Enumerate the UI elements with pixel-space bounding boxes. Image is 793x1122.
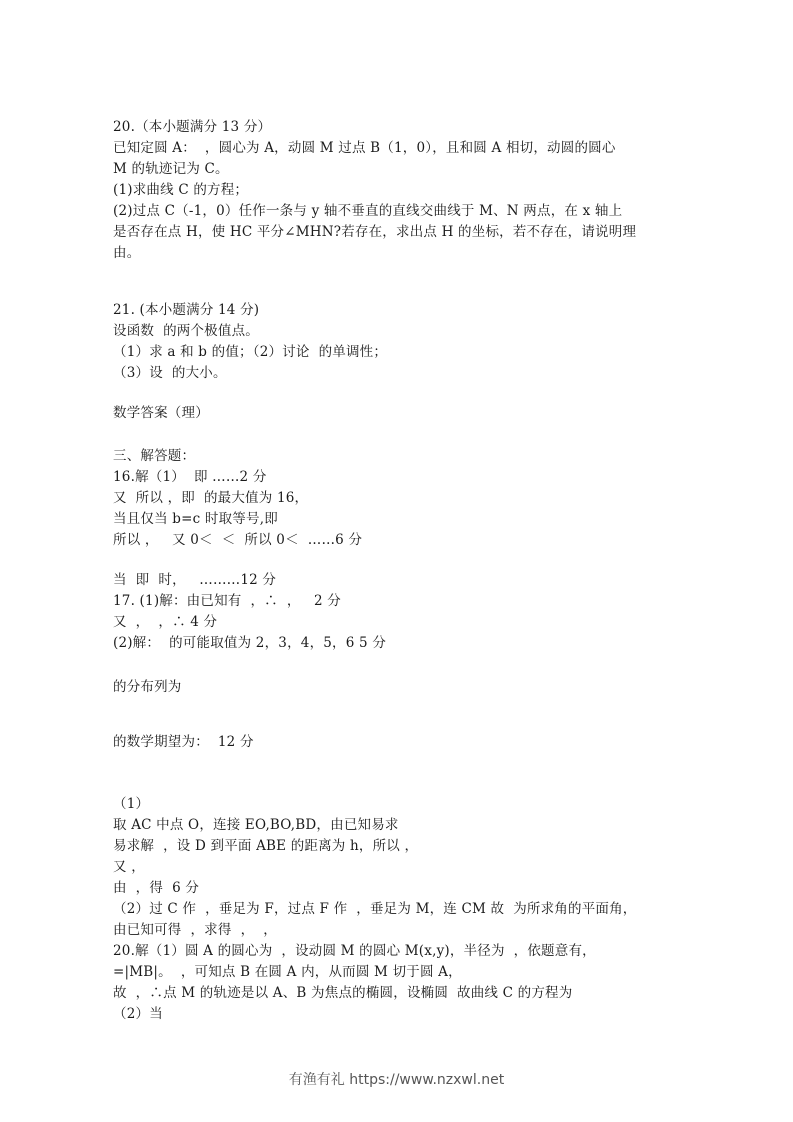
solution-17-expectation: 的数学期望为： 12 分 [113,732,254,752]
problem-20-part-2-line-1: (2)过点 C（-1，0）任作一条与 y 轴不垂直的直线交曲线于 M、N 两点，… [113,201,622,221]
solution-16-line-4: 所以 ， 又 0＜ ＜ 所以 0＜ ……6 分 [113,530,362,550]
solution-20-line-4: （2）当 [113,1004,163,1024]
solution-18-line-2: 易求解 ，设 D 到平面 ABE 的距离为 h，所以 ， [113,836,418,856]
problem-20-part-2-line-2: 是否存在点 H，使 HC 平分∠MHN?若存在，求出点 H 的坐标，若不存在，请… [113,222,636,242]
solution-17-line-1: 17. (1)解：由已知有 ，∴ ， 2 分 [113,591,341,611]
document-page: 20.（本小题满分 13 分） 已知定圆 A： ，圆心为 A，动圆 M 过点 B… [0,0,793,1122]
problem-20-statement-line-1: 已知定圆 A： ，圆心为 A，动圆 M 过点 B（1，0），且和圆 A 相切，动… [113,138,616,158]
section-heading: 三、解答题： [113,446,195,466]
solution-20-line-2: =|MB|。 ，可知点 B 在圆 A 内，从而圆 M 切于圆 A， [113,962,462,982]
problem-21-statement: 设函数 的两个极值点。 [113,321,259,341]
problem-20-statement-line-2: M 的轨迹记为 C。 [113,159,229,179]
solution-16-line-3: 当且仅当 b=c 时取等号,即 [113,509,278,529]
problem-20-part-1: (1)求曲线 C 的方程； [113,180,248,200]
answer-key-title: 数学答案（理） [113,403,209,423]
solution-18-part-2-line-1: （2）过 C 作 ，垂足为 F，过点 F 作 ，垂足为 M，连 CM 故 为所求… [113,899,637,919]
solution-20-line-3: 故 ，∴点 M 的轨迹是以 A、B 为焦点的椭圆，设椭圆 故曲线 C 的方程为 [113,983,572,1003]
solution-17-line-2: 又 ， ，∴ 4 分 [113,612,217,632]
watermark-footer: 有渔有礼 https://www.nzxwl.net [0,1069,793,1089]
solution-16-line-2: 又 所以 ，即 的最大值为 16， [113,488,308,508]
solution-17-distribution: 的分布列为 [113,677,182,697]
solution-16-line-5: 当 即 时， ………12 分 [113,570,276,590]
problem-21-parts-1-2: （1）求 a 和 b 的值；（2）讨论 的单调性； [113,342,387,362]
problem-21-heading: 21. (本小题满分 14 分) [113,300,259,320]
problem-21-part-3: （3）设 的大小。 [113,363,227,383]
solution-18-line-1: 取 AC 中点 O，连接 EO,BO,BD，由已知易求 [113,815,399,835]
solution-18-part-1: （1） [113,794,149,814]
solution-18-line-3: 又 ， [113,857,145,877]
solution-18-line-4: 由 ，得 6 分 [113,878,199,898]
solution-17-line-3: (2)解： 的可能取值为 2，3，4，5，6 5 分 [113,633,386,653]
solution-20-line-1: 20.解（1）圆 A 的圆心为 ，设动圆 M 的圆心 M(x,y)，半径为 ，依… [113,941,596,961]
problem-20-heading: 20.（本小题满分 13 分） [113,117,271,137]
problem-20-part-2-line-3: 由。 [113,243,140,263]
solution-16-line-1: 16.解（1） 即 ……2 分 [113,467,267,487]
solution-18-part-2-line-2: 由已知可得 ，求得 ， ， [113,920,277,940]
